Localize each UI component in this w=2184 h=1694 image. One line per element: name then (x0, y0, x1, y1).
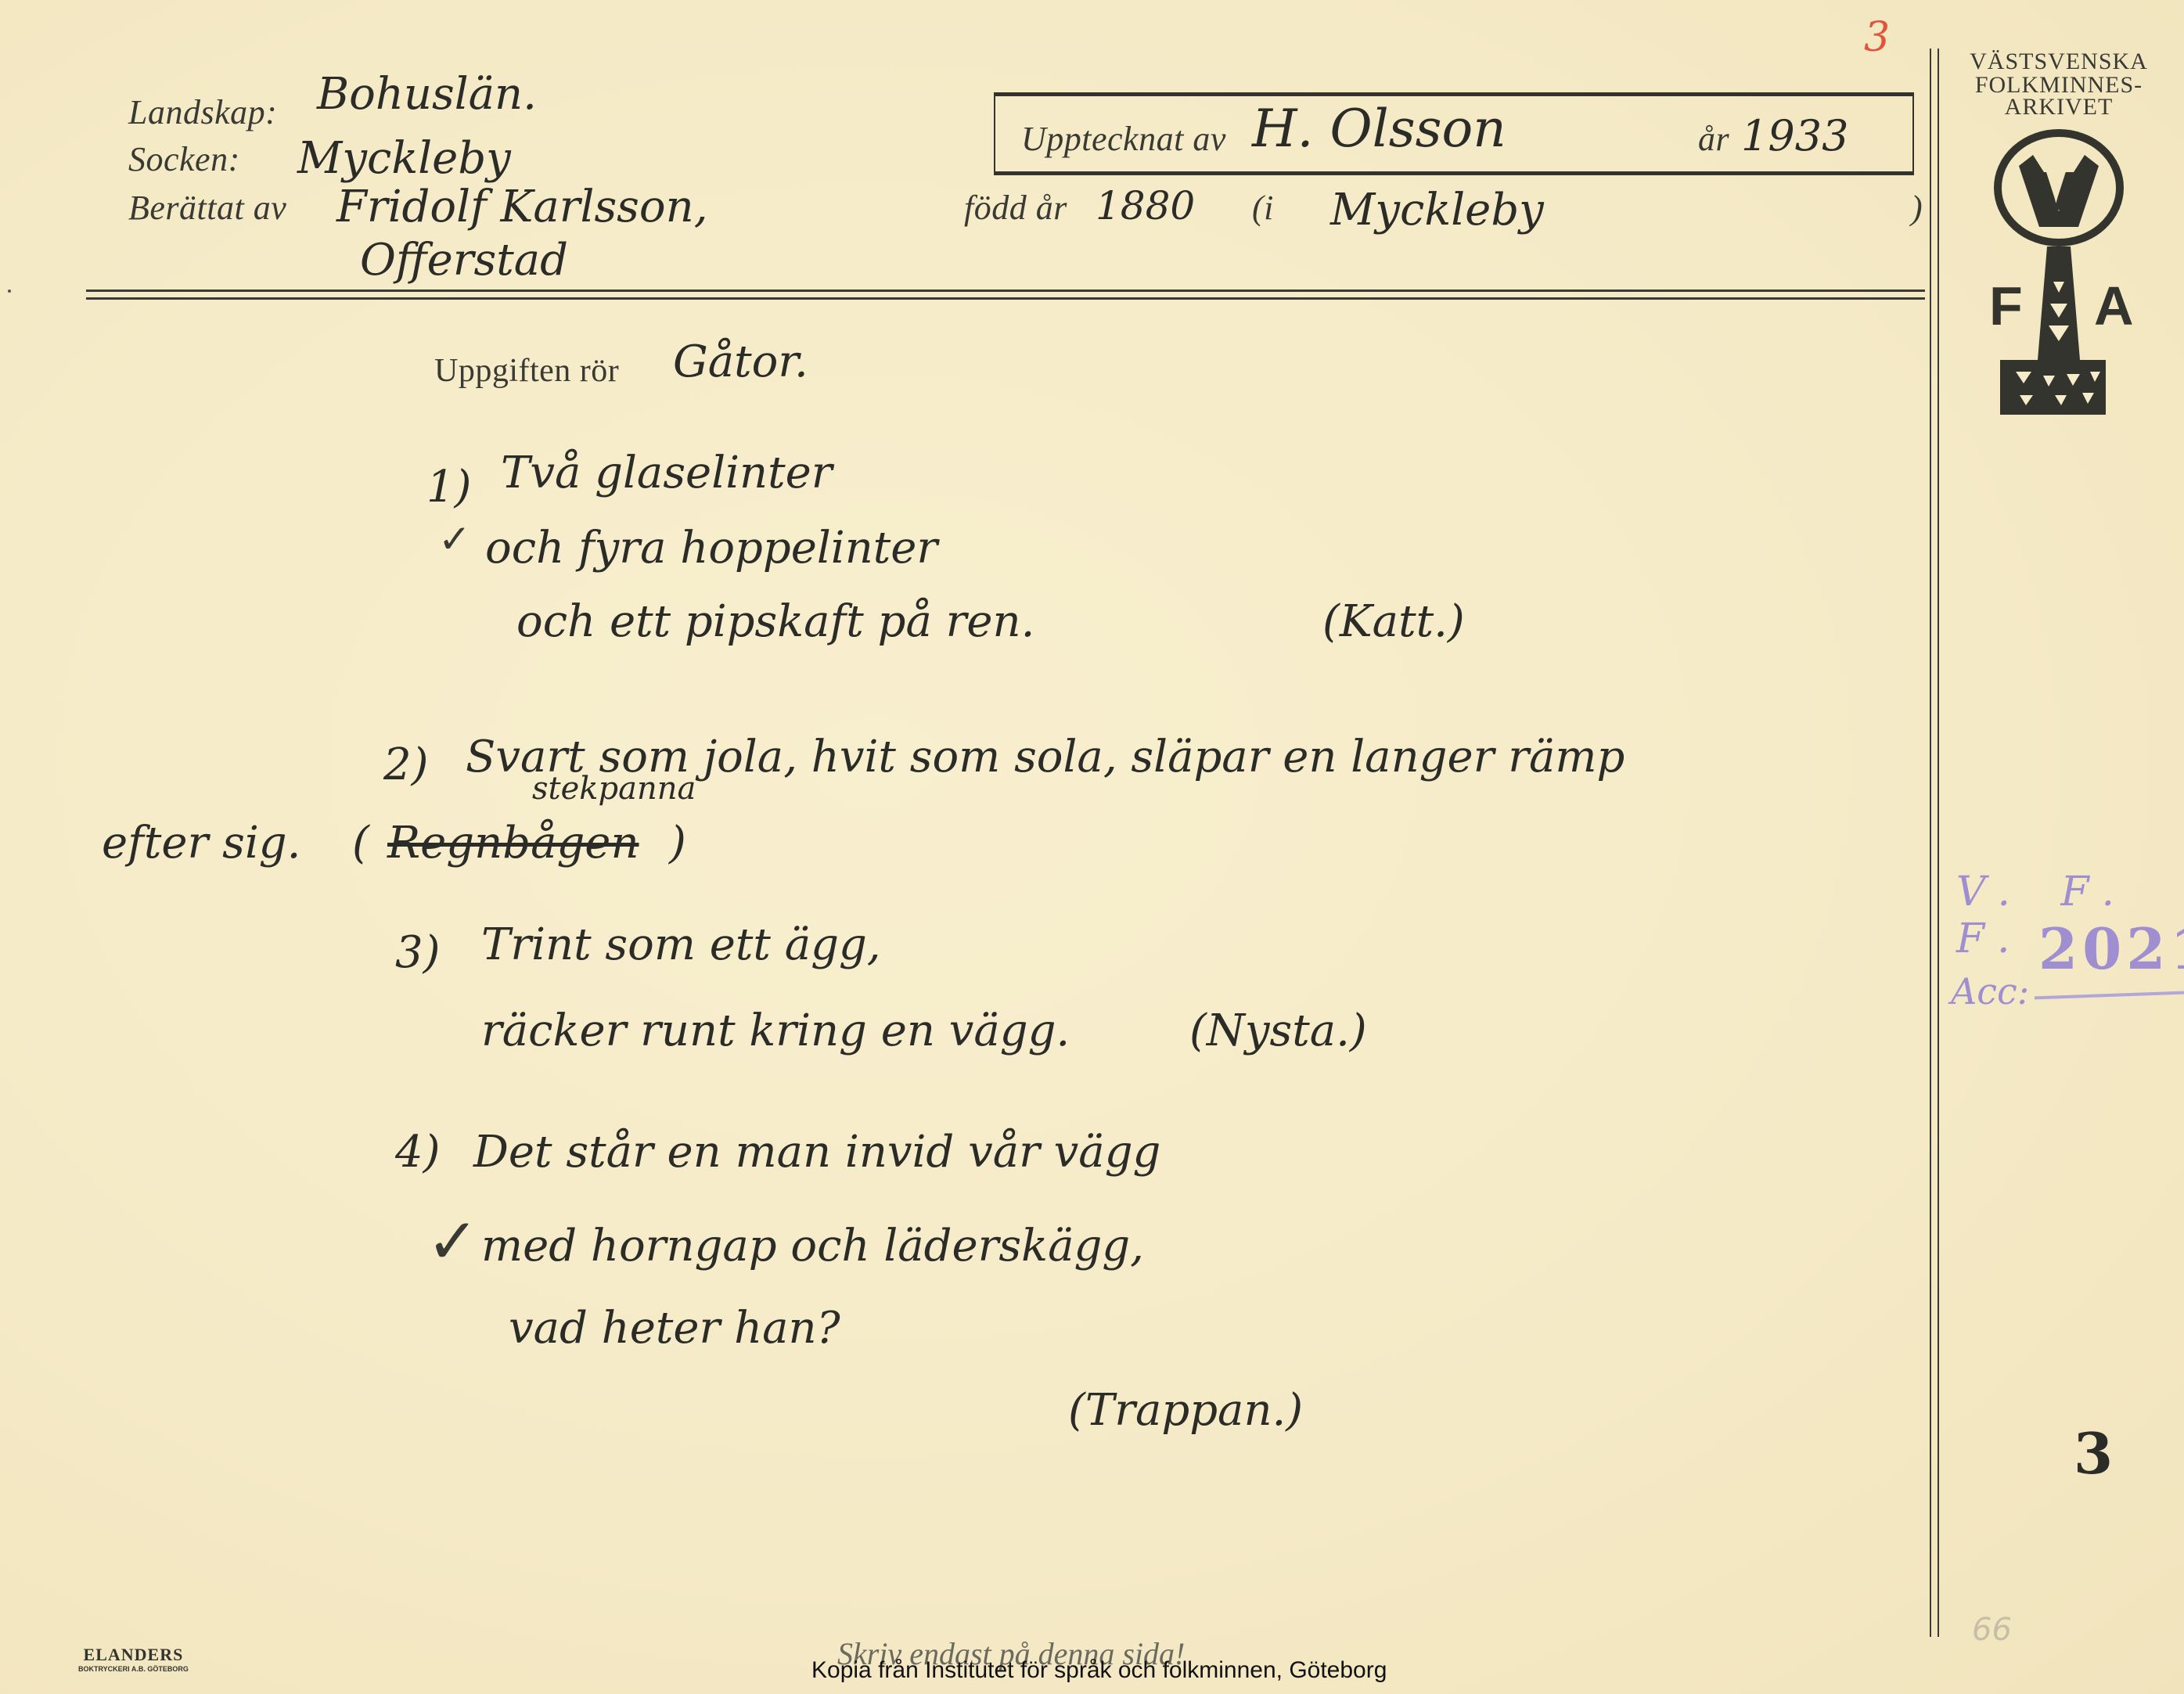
sheet-number: 3 (2074, 1420, 2113, 1487)
uppgiften-value: Gåtor. (673, 336, 808, 387)
riddle-1-line-3: och ett pipskaft på ren. (516, 596, 1034, 647)
upptecknat-label: Upptecknat av (1021, 119, 1226, 159)
berattat-label: Berättat av (128, 188, 286, 228)
stamp-acc-underline (2035, 991, 2184, 1000)
riddle-4-line-3: vad heter han? (509, 1303, 840, 1354)
logo-letter-v: V (2038, 160, 2074, 221)
riddle-2-answer-open: ( (352, 818, 369, 869)
riddle-4-line-2: med horngap och läderskägg, (481, 1221, 1144, 1271)
riddle-1-line-2: och fyra hoppelinter (485, 523, 937, 574)
printer-imprint-city: BOKTRYCKERI A.B. GÖTEBORG (78, 1665, 189, 1673)
page-number-red: 3 (1864, 14, 1890, 61)
fodd-place-open: (i (1252, 188, 1274, 228)
logo-letter-f: F (1989, 275, 2023, 336)
fodd-label: född år (964, 188, 1067, 228)
landskap-value: Bohuslän. (317, 69, 537, 120)
riddle-3-answer: (Nysta.) (1189, 1005, 1367, 1056)
berattat-value: Fridolf Karlsson, (336, 182, 708, 232)
riddle-2-line-2: efter sig. (102, 818, 300, 869)
riddle-3-number: 3) (395, 927, 440, 978)
riddle-4-answer: (Trappan.) (1068, 1385, 1303, 1436)
archive-name-line-3: ARKIVET (1945, 95, 2172, 119)
archive-thors-hammer-logo-icon: F A V (1945, 125, 2172, 446)
header-divider-top (86, 290, 1925, 292)
ar-value: 1933 (1741, 111, 1848, 160)
riddle-4-line-1: Det står en man invid vår vägg (473, 1127, 1160, 1178)
pencil-note: 66 (1972, 1612, 2012, 1648)
check-mark-icon: ✓ (438, 516, 471, 562)
riddle-1-line-1: Två glaselinter (501, 448, 833, 498)
copy-notice: Kopia från Institutet för språk och folk… (811, 1657, 1387, 1684)
riddle-2-answer-struck: Regnbågen (387, 818, 639, 869)
riddle-1-number: 1) (426, 462, 471, 513)
fodd-value: 1880 (1096, 183, 1195, 228)
riddle-2-number: 2) (383, 739, 428, 790)
printer-imprint: ELANDERS BOKTRYCKERI A.B. GÖTEBORG (78, 1645, 189, 1673)
archive-name-line-1: VÄSTSVENSKA (1945, 50, 2172, 74)
printer-imprint-name: ELANDERS (78, 1645, 189, 1665)
socken-value: Myckleby (297, 133, 511, 184)
riddle-2-answer-close: ) (669, 818, 686, 869)
riddle-2-answer-inserted: stekpanna (532, 771, 696, 807)
archive-record-sheet: 3 Landskap: Bohuslän. Socken: Myckleby B… (0, 0, 2184, 1694)
check-mark-icon: ✓ (426, 1205, 479, 1278)
stamp-acc-label: Acc: (1951, 970, 2029, 1012)
ar-label: år (1698, 119, 1729, 159)
margin-line-right (1938, 49, 1939, 1637)
berattat-value-line2: Offerstad (360, 235, 568, 286)
fodd-place-close: ) (1911, 188, 1923, 228)
logo-letter-a: A (2094, 275, 2134, 336)
left-edge-mark (8, 290, 11, 293)
riddle-1-answer: (Katt.) (1322, 596, 1465, 647)
landskap-label: Landskap: (128, 92, 277, 132)
riddle-3-line-2: räcker runt kring en vägg. (481, 1005, 1070, 1056)
riddle-3-line-1: Trint som ett ägg, (481, 919, 881, 970)
upptecknat-value: H. Olsson (1252, 99, 1506, 159)
uppgiften-label: Uppgiften rör (434, 352, 619, 390)
header-divider-bottom (86, 297, 1925, 300)
margin-line-left (1930, 49, 1931, 1637)
riddle-4-number: 4) (395, 1127, 440, 1178)
stamp-acc-number: 2021 (2038, 915, 2184, 982)
socken-label: Socken: (128, 139, 240, 179)
fodd-place-value: Myckleby (1330, 185, 1544, 236)
